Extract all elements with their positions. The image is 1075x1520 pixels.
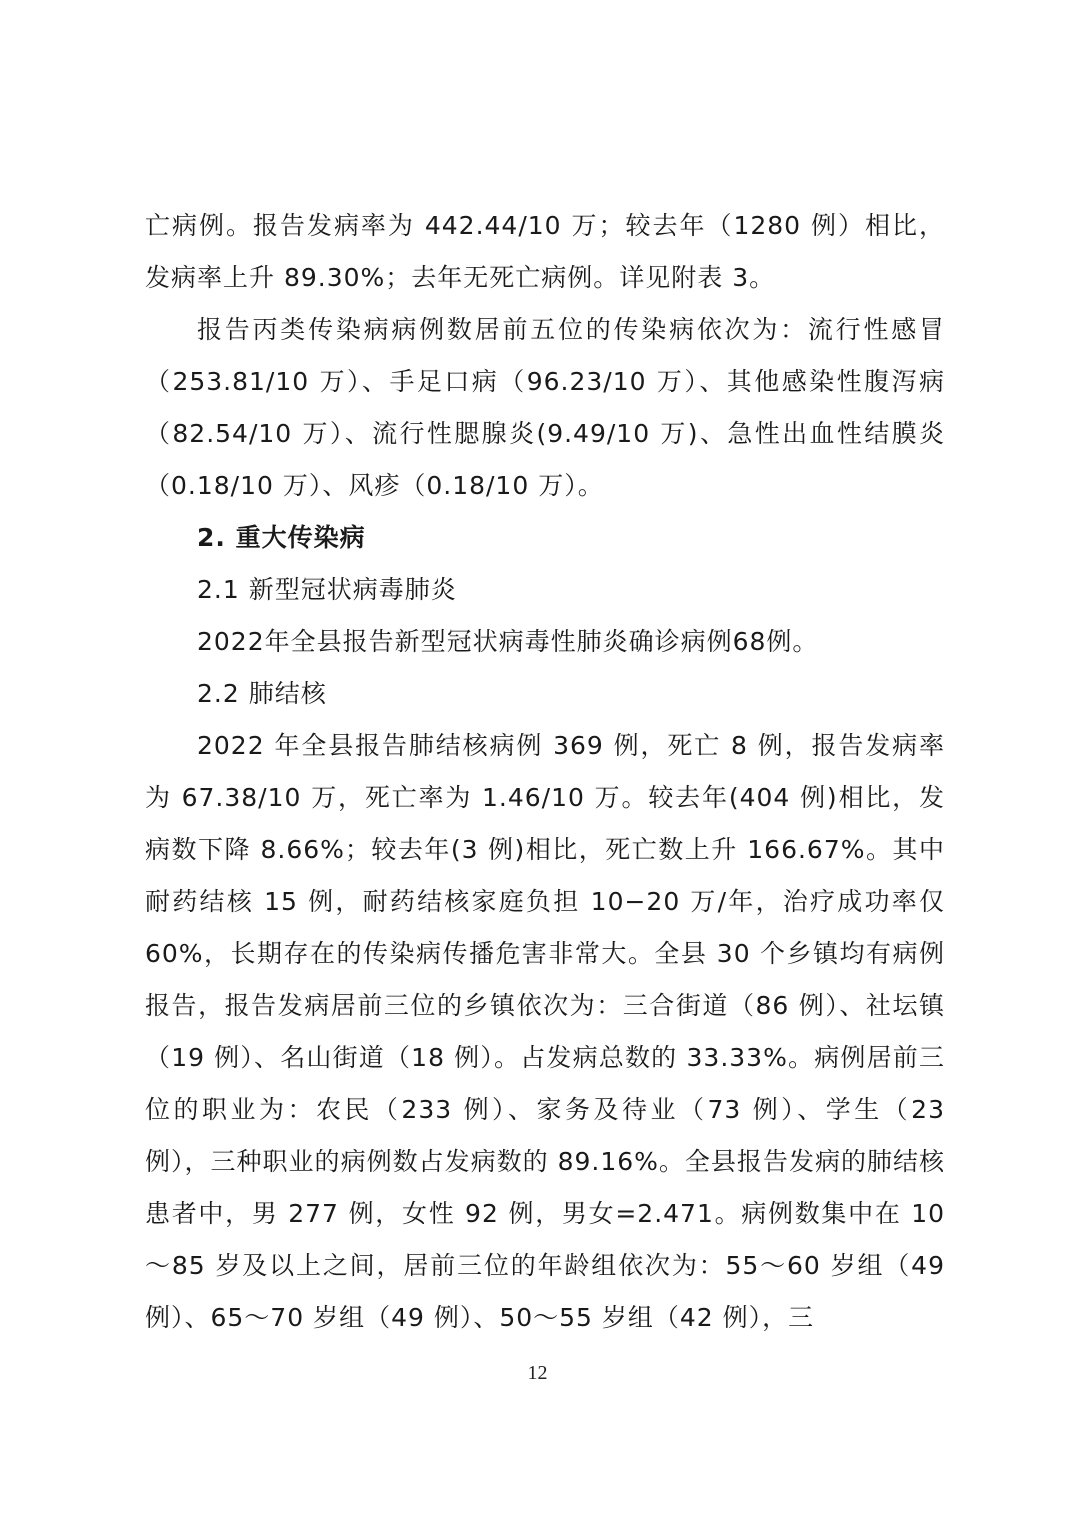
subsection-heading-tuberculosis: 2.2 肺结核 xyxy=(145,668,945,720)
paragraph-class-c-top-five: 报告丙类传染病病例数居前五位的传染病依次为：流行性感冒（253.81/10 万）… xyxy=(145,304,945,512)
paragraph-tuberculosis: 2022 年全县报告肺结核病例 369 例，死亡 8 例，报告发病率为 67.3… xyxy=(145,720,945,1344)
subsection-heading-covid19: 2.1 新型冠状病毒肺炎 xyxy=(145,564,945,616)
document-page: 亡病例。报告发病率为 442.44/10 万；较去年（1280 例）相比，发病率… xyxy=(145,200,945,1344)
page-number: 12 xyxy=(0,1362,1075,1385)
paragraph-covid19: 2022年全县报告新型冠状病毒性肺炎确诊病例68例。 xyxy=(145,616,945,668)
section-heading-major-infectious-diseases: 2. 重大传染病 xyxy=(145,512,945,564)
paragraph-class-b-incidence: 亡病例。报告发病率为 442.44/10 万；较去年（1280 例）相比，发病率… xyxy=(145,200,945,304)
